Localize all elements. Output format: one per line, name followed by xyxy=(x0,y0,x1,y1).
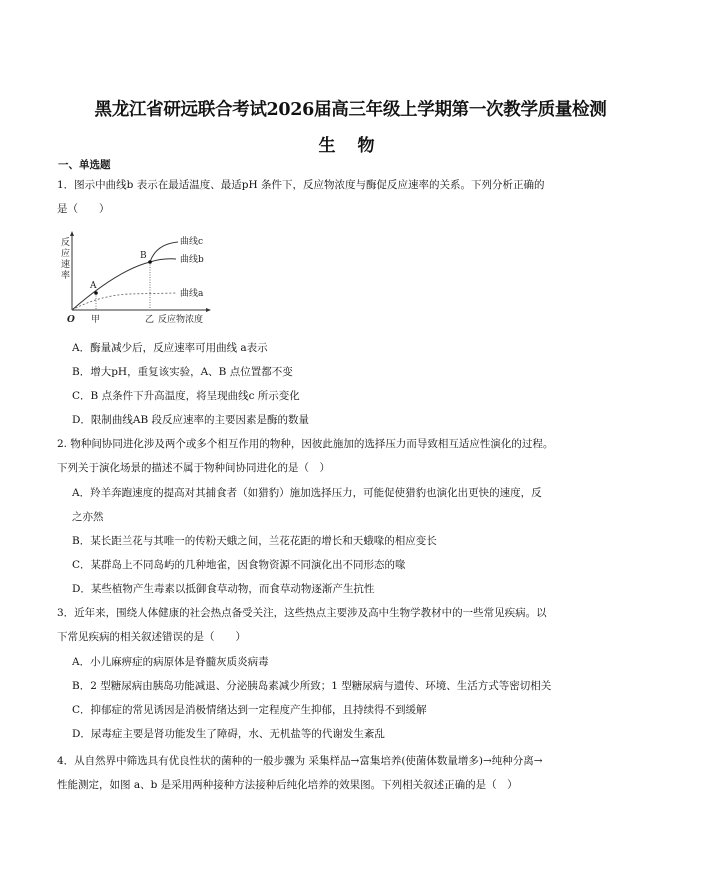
reaction-rate-chart: 反 应 速 率 A B 曲线c 曲线b 曲线a O 甲 乙 反应物浓度 xyxy=(58,230,228,325)
svg-text:曲线b: 曲线b xyxy=(180,253,204,265)
question-3-stem: 3．近年来，围绕人体健康的社会热点备受关注，这些热点主要涉及高中生物学教材中的一… xyxy=(57,606,547,620)
svg-text:率: 率 xyxy=(61,269,70,281)
svg-text:反: 反 xyxy=(61,236,70,248)
svg-text:O: O xyxy=(67,315,75,325)
section-heading: 一、单选题 xyxy=(58,157,111,172)
question-1-option-c[interactable]: C．B 点条件下升高温度，将呈现曲线c 所示变化 xyxy=(72,389,300,403)
svg-text:反应物浓度: 反应物浓度 xyxy=(158,313,203,325)
question-2-option-c[interactable]: C．某群岛上不同岛屿的几种地雀，因食物资源不同演化出不同形态的喙 xyxy=(72,558,406,572)
question-2-stem: 2. 物种间协同进化涉及两个或多个相互作用的物种，因彼此施加的选择压力而导致相互… xyxy=(57,437,553,451)
question-2-option-a[interactable]: A．羚羊奔跑速度的提高对其捕食者（如猎豹）施加选择压力，可能促使猎豹也演化出更快… xyxy=(72,486,542,500)
question-2-option-a-cont: 之亦然 xyxy=(72,510,104,524)
question-3-option-c[interactable]: C．抑郁症的常见诱因是消极情绪达到一定程度产生抑郁，且持续得不到缓解 xyxy=(72,703,427,717)
svg-text:曲线a: 曲线a xyxy=(180,287,204,299)
svg-text:曲线c: 曲线c xyxy=(180,235,203,247)
exam-title: 黑龙江省研远联合考试2026届高三年级上学期第一次教学质量检测 xyxy=(0,96,701,121)
chart-svg: 反 应 速 率 A B 曲线c 曲线b 曲线a O 甲 乙 反应物浓度 xyxy=(58,230,228,325)
question-2-option-d[interactable]: D．某些植物产生毒素以抵御食草动物，而食草动物逐渐产生抗性 xyxy=(72,582,374,596)
question-4-stem-cont: 性能测定，如图 a、b 是采用两种接种方法接种后纯化培养的效果图。下列相关叙述正… xyxy=(57,778,518,792)
svg-text:乙: 乙 xyxy=(145,314,154,325)
question-3-option-d[interactable]: D．尿毒症主要是肾功能发生了障碍，水、无机盐等的代谢发生紊乱 xyxy=(72,727,385,741)
svg-text:A: A xyxy=(89,281,97,291)
svg-text:应: 应 xyxy=(61,247,70,259)
question-1-option-b[interactable]: B．增大pH，重复该实验，A、B 点位置都不变 xyxy=(72,365,293,379)
question-3-stem-cont: 下常见疾病的相关叙述错误的是（ ） xyxy=(57,630,246,644)
question-2-stem-cont: 下列关于演化场景的描述不属于物种间协同进化的是（ ） xyxy=(57,461,330,475)
question-1-stem-cont: 是（ ） xyxy=(57,202,110,216)
question-2-option-b[interactable]: B．某长距兰花与其唯一的传粉天蛾之间，兰花花距的增长和天蛾喙的相应变长 xyxy=(72,534,437,548)
question-4-stem: 4．从自然界中筛选具有优良性状的菌种的一般步骤为 采集样品→富集培养(使菌体数量… xyxy=(57,754,543,768)
question-3-option-a[interactable]: A．小儿麻痹症的病原体是脊髓灰质炎病毒 xyxy=(72,655,269,669)
svg-text:B: B xyxy=(140,251,147,261)
svg-text:速: 速 xyxy=(61,258,70,270)
question-3-option-b[interactable]: B．2 型糖尿病由胰岛功能减退、分泌胰岛素减少所致；1 型糖尿病与遗传、环境、生… xyxy=(72,679,551,693)
question-1-stem: 1．图示中曲线b 表示在最适温度、最适pH 条件下，反应物浓度与酶促反应速率的关… xyxy=(57,178,544,192)
question-1-option-a[interactable]: A．酶量减少后，反应速率可用曲线 a表示 xyxy=(72,341,268,355)
question-1-option-d[interactable]: D．限制曲线AB 段反应速率的主要因素是酶的数量 xyxy=(72,413,309,427)
subject-title: 生 物 xyxy=(0,131,701,156)
svg-text:甲: 甲 xyxy=(91,314,100,325)
